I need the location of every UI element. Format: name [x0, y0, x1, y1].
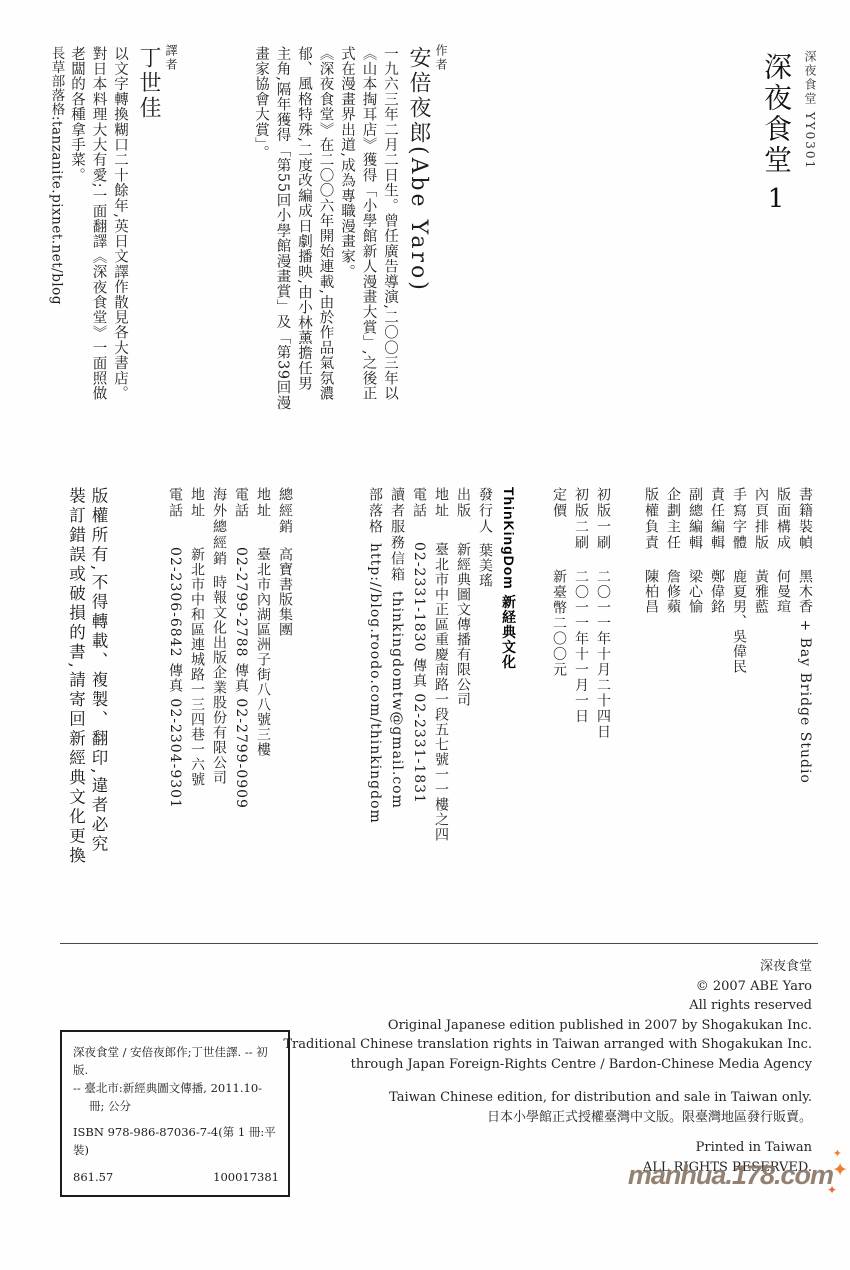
cip-class-number: 861.57	[73, 1168, 113, 1186]
star-icon: ✦	[827, 1184, 837, 1196]
publisher-item: 讀者服務信箱thinkingdomtw@gmail.com	[390, 487, 404, 869]
credit-label: 版權負責	[644, 487, 658, 561]
rights-notice-line: 版權所有,不得轉載、複製、翻印,違者必究	[90, 487, 107, 877]
volume-number: 1	[761, 184, 791, 217]
credit-label: 責任編輯	[710, 487, 724, 561]
publisher-value: http://blog.roodo.com/thinkingdom	[367, 543, 383, 824]
author-block: 作者 安倍夜郎(Abe Yaro) 一九六三年二月二日生。曾任廣告導演,二〇〇三…	[247, 44, 448, 440]
publisher-value: 臺北市中正區重慶南路一段五七號一一樓之四	[433, 542, 449, 842]
price-value: 新臺幣二〇〇元	[551, 569, 567, 678]
series-code: 深夜食堂 YY0301	[804, 50, 816, 170]
translator-label: 譯者	[165, 44, 177, 440]
horizontal-divider	[60, 943, 818, 944]
publisher-label: 部落格	[368, 487, 382, 535]
page-title: 深夜食堂1	[762, 52, 790, 217]
copyright-line: © 2007 ABE Yaro	[192, 977, 812, 997]
rights-notice-line: 裝訂錯誤或破損的書,請寄回新經典文化更換	[67, 487, 84, 877]
publisher-label: 讀者服務信箱	[390, 487, 404, 583]
credit-value: 何曼瑄	[775, 569, 791, 614]
translator-bio-line: 以文字轉換糊口二十餘年,英日文譯作散見各大書店。	[113, 46, 128, 440]
credit-label: 內頁排版	[754, 487, 768, 561]
author-bio-line: 一九六三年二月二日生。曾任廣告導演,二〇〇三年以	[383, 46, 398, 440]
distribution-item: 海外總經銷時報文化出版企業股份有限公司	[212, 487, 226, 869]
cip-bottom-row: 861.57 100017381	[73, 1168, 279, 1186]
publisher-item: 電話02-2331-1830 傳真 02-2331-1831	[412, 487, 426, 869]
star-icon: ✦	[833, 1148, 842, 1159]
publisher-label: 發行人	[478, 487, 492, 535]
publisher-item: 地址臺北市中正區重慶南路一段五七號一一樓之四	[434, 487, 448, 869]
price-label: 定價	[552, 487, 566, 561]
edition-block: 初版一刷二〇一一年十月二十四日 初版二刷二〇一一年十一月一日 定價新臺幣二〇〇元	[544, 487, 610, 869]
distribution-item: 電話02-2799-2788 傳真 02-2799-0909	[234, 487, 248, 869]
credit-value: 鹿夏男、吳偉民	[731, 569, 747, 674]
author-label: 作者	[435, 44, 447, 440]
distribution-item: 地址新北市中和區連城路一三四巷一六號	[190, 487, 204, 869]
watermark-text: manhua.178.com	[628, 1160, 833, 1191]
star-icon: ✦	[832, 1161, 848, 1180]
edition-value: 二〇一一年十月二十四日	[595, 569, 611, 740]
author-bio-line: 《山本掏耳店》獲得「小學館新人漫畫大賞」,之後正	[361, 46, 376, 440]
publisher-label: 電話	[412, 487, 426, 534]
credit-item: 企劃主任詹修蘋	[666, 487, 680, 869]
credit-value: 詹修蘋	[665, 569, 681, 614]
distribution-label: 海外總經銷	[212, 487, 226, 567]
publisher-value: 新經典圖文傳播有限公司	[455, 542, 471, 707]
distribution-value: 時報文化出版企業股份有限公司	[211, 575, 227, 785]
publisher-item: 部落格http://blog.roodo.com/thinkingdom	[368, 487, 382, 869]
credit-label: 副總編輯	[688, 487, 702, 561]
credit-item: 手寫字體鹿夏男、吳偉民	[732, 487, 746, 869]
edition-label: 初版二刷	[574, 487, 588, 561]
credit-item: 內頁排版黃雅藍	[754, 487, 768, 869]
publisher-label: 出版	[456, 487, 470, 534]
distribution-label: 地址	[190, 487, 204, 539]
author-bio-line: 《深夜食堂》在二〇〇六年開始連載,由於作品氣氛濃	[318, 46, 333, 440]
publisher-value: 02-2331-1830 傳真 02-2331-1831	[411, 542, 427, 804]
copyright-title: 深夜食堂	[192, 957, 812, 977]
cip-line: 冊; 公分	[73, 1097, 279, 1115]
credit-item: 副總編輯梁心愉	[688, 487, 702, 869]
translator-blog-url: 長草部落格:tanzanite.pixnet.net/blog	[49, 46, 63, 440]
author-name: 安倍夜郎(Abe Yaro)	[407, 46, 429, 440]
colophon-page: 深夜食堂 YY0301 深夜食堂1 作者 安倍夜郎(Abe Yaro) 一九六三…	[0, 0, 850, 1270]
cip-isbn: ISBN 978-986-87036-7-4(第 1 冊:平裝)	[73, 1123, 279, 1159]
distribution-value: 高寶書版集團	[277, 547, 293, 637]
cip-box: 深夜食堂 / 安倍夜郎作;丁世佳譯. -- 初版. -- 臺北市:新經典圖文傳播…	[60, 1030, 290, 1197]
credit-item: 版權負責陳柏昌	[644, 487, 658, 869]
publisher-item: 發行人葉美瑤	[478, 487, 492, 869]
distribution-label: 總經銷	[278, 487, 292, 539]
distribution-block: 總經銷高寶書版集團 地址臺北市內湖區洲子街八八號三樓 電話02-2799-278…	[160, 487, 292, 869]
distribution-item: 總經銷高寶書版集團	[278, 487, 292, 869]
cip-line: 深夜食堂 / 安倍夜郎作;丁世佳譯. -- 初版.	[73, 1043, 279, 1079]
distribution-label: 電話	[234, 487, 248, 539]
credit-item: 書籍裝幀黑木香 + Bay Bridge Studio	[798, 487, 812, 869]
publisher-block: ThinKingDom 新経典文化 發行人葉美瑤 出版新經典圖文傳播有限公司 地…	[360, 487, 516, 869]
translator-bio-line: 老闆的各種拿手菜。	[70, 46, 85, 440]
translator-name: 丁世佳	[137, 46, 159, 440]
price-item: 定價新臺幣二〇〇元	[552, 487, 566, 869]
edition-item: 初版一刷二〇一一年十月二十四日	[596, 487, 610, 869]
credit-value: 陳柏昌	[643, 569, 659, 614]
distribution-item: 地址臺北市內湖區洲子街八八號三樓	[256, 487, 270, 869]
distribution-value: 新北市中和區連城路一三四巷一六號	[189, 547, 205, 787]
credit-label: 企劃主任	[666, 487, 680, 561]
translator-block: 譯者 丁世佳 以文字轉換糊口二十餘年,英日文譯作散見各大書店。 對日本料理大大有…	[43, 44, 177, 440]
author-bio-line: 式在漫畫界出道,成為專職漫畫家。	[340, 46, 355, 440]
credit-label: 版面構成	[776, 487, 790, 561]
copyright-line: All rights reserved	[192, 996, 812, 1016]
credit-value: 梁心愉	[687, 569, 703, 614]
credit-item: 責任編輯鄭偉銘	[710, 487, 724, 869]
distribution-value: 02-2306-6842 傳真 02-2304-9301	[167, 547, 183, 809]
edition-value: 二〇一一年十一月一日	[573, 569, 589, 724]
cip-line: -- 臺北市:新經典圖文傳播, 2011.10-	[73, 1079, 279, 1097]
publisher-item: 出版新經典圖文傳播有限公司	[456, 487, 470, 869]
rights-notice-block: 版權所有,不得轉載、複製、翻印,違者必究 裝訂錯誤或破損的書,請寄回新經典文化更…	[61, 487, 106, 877]
translator-bio-line: 對日本料理大大有愛;一面翻譯《深夜食堂》一面照做	[91, 46, 106, 440]
distribution-value: 02-2799-2788 傳真 02-2799-0909	[233, 547, 249, 809]
distribution-item: 電話02-2306-6842 傳真 02-2304-9301	[168, 487, 182, 869]
publisher-value: thinkingdomtw@gmail.com	[389, 591, 405, 809]
edition-label: 初版一刷	[596, 487, 610, 561]
author-bio-line: 主角,隔年獲得「第55回小學館漫畫賞」及「第39回漫	[275, 46, 290, 440]
credit-label: 手寫字體	[732, 487, 746, 561]
distribution-label: 電話	[168, 487, 182, 539]
publisher-label: 地址	[434, 487, 448, 534]
credit-value: 黃雅藍	[753, 569, 769, 614]
cip-record-number: 100017381	[213, 1168, 279, 1186]
credit-value: 黑木香 + Bay Bridge Studio	[797, 569, 813, 784]
credit-label: 書籍裝幀	[798, 487, 812, 561]
title-text: 深夜食堂	[760, 52, 793, 176]
edition-item: 初版二刷二〇一一年十一月一日	[574, 487, 588, 869]
credits-block: 書籍裝幀黑木香 + Bay Bridge Studio 版面構成何曼瑄 內頁排版…	[636, 487, 812, 869]
publisher-value: 葉美瑤	[477, 543, 493, 588]
distribution-label: 地址	[256, 487, 270, 539]
credit-item: 版面構成何曼瑄	[776, 487, 790, 869]
author-bio-line: 郁、風格特殊,二度改編成日劇播映,由小林薰擔任男	[297, 46, 312, 440]
publisher-logo: ThinKingDom 新経典文化	[502, 487, 516, 869]
credit-value: 鄭偉銘	[709, 569, 725, 614]
distribution-value: 臺北市內湖區洲子街八八號三樓	[255, 547, 271, 757]
author-bio-line: 畫家協會大賞」。	[254, 46, 269, 440]
